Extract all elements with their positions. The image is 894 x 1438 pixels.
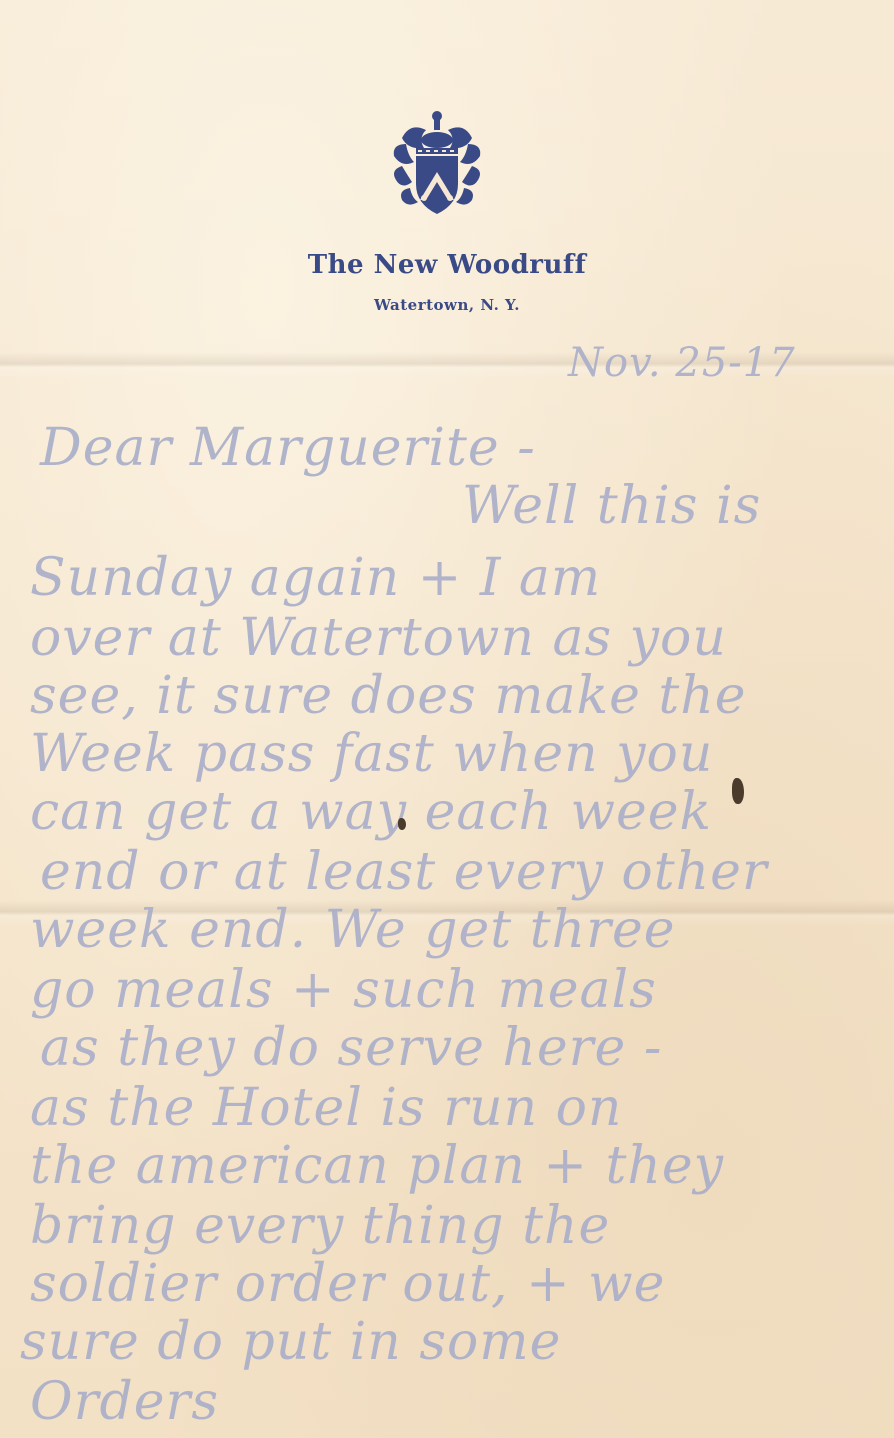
letter-line: see, it sure does make the — [30, 666, 747, 726]
letter-line: sure do put in some — [20, 1312, 561, 1372]
paper-stain — [398, 818, 406, 830]
letter-line: the american plan + they — [30, 1136, 724, 1196]
letter-line: Well this is — [462, 476, 761, 536]
coat-of-arms-icon — [388, 108, 486, 220]
letter-line: week end. We get three — [30, 900, 676, 960]
letter-line: as they do serve here - — [40, 1018, 662, 1078]
letter-page: The New Woodruff Watertown, N. Y. Nov. 2… — [0, 0, 894, 1438]
letter-line: can get a way each week — [30, 782, 712, 842]
letter-line: over at Watertown as you — [30, 608, 727, 668]
letter-line: Sunday again + I am — [30, 548, 601, 608]
letter-line: Orders — [30, 1372, 219, 1432]
letter-line: go meals + such meals — [30, 960, 657, 1020]
letter-line: as the Hotel is run on — [30, 1078, 622, 1138]
hotel-name: The New Woodruff — [0, 250, 894, 280]
letter-line: Week pass fast when you — [30, 724, 713, 784]
salutation: Dear Marguerite - — [40, 418, 536, 478]
hotel-city: Watertown, N. Y. — [0, 296, 894, 314]
letter-line: bring every thing the — [30, 1196, 610, 1256]
letter-line: end or at least every other — [40, 842, 768, 902]
paper-stain — [732, 778, 744, 804]
letter-line: soldier order out, + we — [30, 1254, 665, 1314]
letter-date: Nov. 25-17 — [568, 340, 796, 386]
